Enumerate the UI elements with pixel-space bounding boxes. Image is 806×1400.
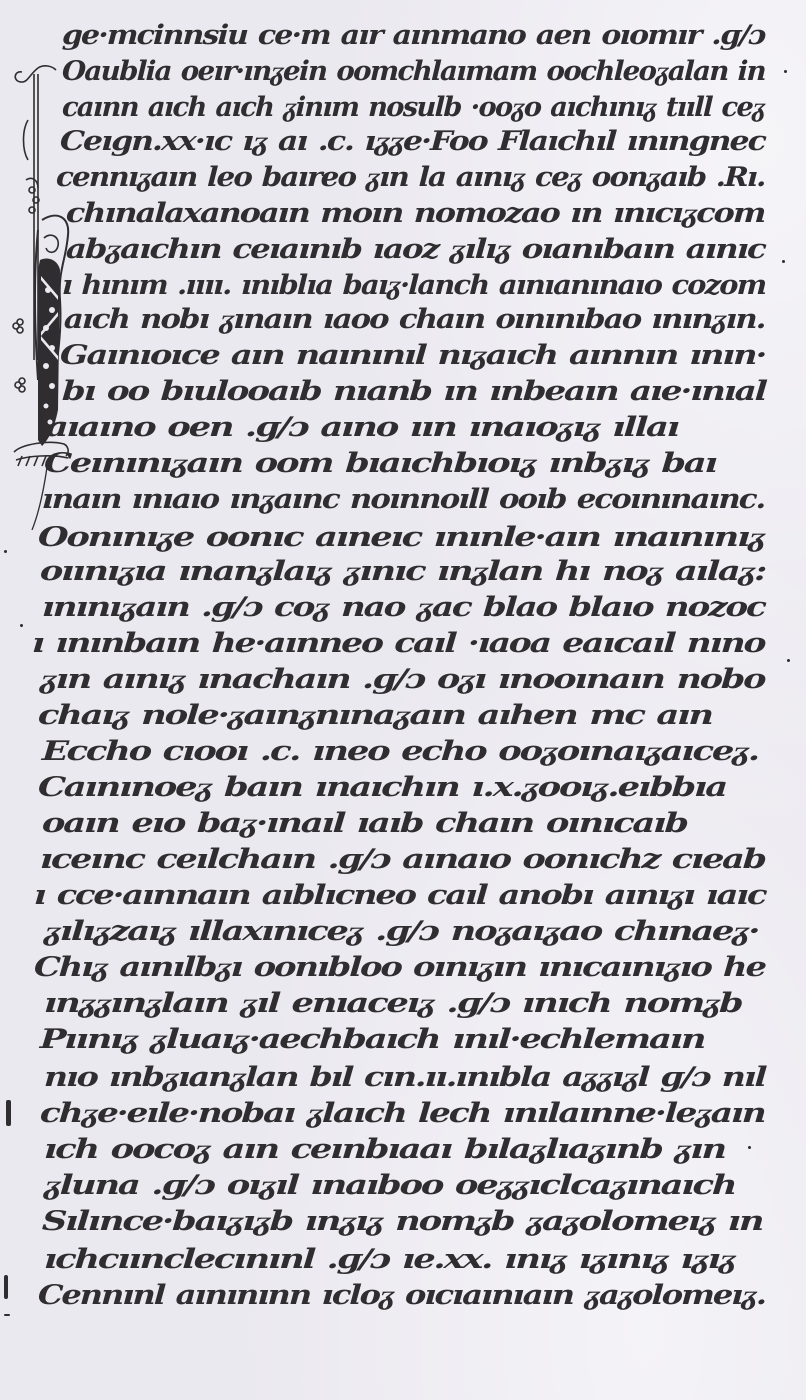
margin-mark [6, 1100, 11, 1126]
manuscript-line: Caınınoeᵹ baın ınaıchın ı.x.ᵹooıᵹ.eıbbıa [37, 772, 726, 804]
manuscript-line: oaın eıo baᵹ·ınaıl ıaıb chaın oınıcaıb [41, 808, 687, 840]
margin-dot [787, 659, 790, 662]
margin-dot [782, 260, 785, 263]
manuscript-line: ge·mcinnsiu ce·m aır aınmano aen oıomır … [61, 20, 765, 52]
manuscript-line: chaıᵹ nole·ᵹaınᵹnınaᵹaın aıhen mc aın [37, 700, 712, 732]
manuscript-line: ınınıᵹaın .ɡ/ɔ coᵹ nao ᵹac blao blaıo no… [41, 592, 765, 624]
manuscript-line: chınalaxanoaın moın nomozao ın ınıcıᵹcom [65, 198, 765, 230]
manuscript-line: ıceınc ceılchaın .ɡ/ɔ aınaıo oonıchz cıe… [39, 844, 765, 876]
manuscript-line: Oonınıᵹe oonıc aıneıc ınınle·aın ınaının… [37, 522, 765, 554]
manuscript-line: ınᵹᵹınᵹlaın ᵹıl enıaceıᵹ .ɡ/ɔ ınıch nomᵹ… [43, 988, 742, 1020]
manuscript-line: Oaublia oeır·ınᵹein oomchlaımam oochleoᵹ… [61, 56, 765, 88]
manuscript-line: ı ınınbaın he·aınneo caıl ·ıaoa eaıcaıl … [31, 628, 765, 660]
manuscript-line: ᵹılıᵹzaıᵹ ıllaxınıceᵹ .ɡ/ɔ noᵹaıᵹao chın… [43, 916, 759, 948]
manuscript-line: ı cce·aınnaın aıblıcneo caıl anobı aınıᵹ… [33, 880, 766, 912]
manuscript-line: bı oo bıulooaıb nıanb ın ınbeaın aıe·ını… [61, 376, 766, 408]
margin-mark [4, 1314, 10, 1316]
manuscript-line: ı hınım .ıııı. ınıblıa baıᵹ·lanch aınıan… [61, 270, 766, 302]
manuscript-line: cennıᵹaın leo baıreo ᵹın la aınıᵹ ceᵹ oo… [55, 162, 765, 194]
manuscript-line: ᵹluna .ɡ/ɔ oıᵹıl ınaıboo oeᵹᵹıclcaᵹınaıc… [43, 1170, 736, 1202]
manuscript-line: ıch oocoᵹ aın ceınbıaaı bılaᵹlıaᵹınb ᵹın [43, 1134, 726, 1166]
manuscript-line: chᵹe·eıle·nobaı ᵹlaıch lech ınılaınne·le… [39, 1098, 765, 1130]
margin-dot [20, 624, 23, 627]
manuscript-line: oıınıᵹıa ınanᵹlaıᵹ ᵹınıc ınᵹlan hı noᵹ a… [39, 556, 766, 588]
manuscript-line: ınaın ınıaıo ınᵹaınc noınnoıll ooıb ecoı… [41, 484, 765, 516]
manuscript-line: abᵹaıchın ceıaınıb ıaoz ᵹılıᵹ oıanıbaın … [65, 234, 765, 266]
manuscript-line: nıo ınbᵹıanᵹlan bıl cın.ıı.ınıbla aᵹᵹıᵹl… [43, 1062, 766, 1094]
manuscript-line: Ceıgn.xx·ıc ıᵹ aı .c. ıᵹᵹe·Foo Flaıchıl … [59, 126, 765, 158]
manuscript-line: ᵹın aınıᵹ ınachaın .ɡ/ɔ oᵹı ınooınaın no… [39, 664, 765, 696]
manuscript-line: ıchcıınclecınınl .ɡ/ɔ ıe.xx. ınıᵹ ıᵹınıᵹ… [43, 1244, 735, 1276]
margin-dot [784, 70, 787, 73]
margin-dot [748, 1146, 751, 1149]
manuscript-line: Cennınl aınınınn ıcloᵹ oıcıaınıaın ᵹaᵹol… [37, 1280, 766, 1312]
manuscript-line: Chıᵹ aınılbᵹı oonıbloo oınıᵹın ınıcaınıᵹ… [33, 952, 765, 984]
manuscript-line: aıch nobı ᵹınaın ıaoo chaın oınınıbao ın… [63, 304, 765, 336]
manuscript-line: Gaınıoıce aın naınınıl nıᵹaıch aınnın ın… [59, 340, 766, 372]
manuscript-line: Pıınıᵹ ᵹluaıᵹ·aechbaıch ınıl·echlemaın [39, 1024, 705, 1056]
manuscript-line: Sılınce·baıᵹıᵹb ınᵹıᵹ nomᵹb ᵹaᵹolomeıᵹ ı… [41, 1206, 763, 1238]
manuscript-line: Ceınınıᵹaın oom bıaıchbıoıᵹ ınbᵹıᵹ baı [43, 448, 716, 480]
manuscript-line: aıaıno oen .ɡ/ɔ aıno ıın ınaıoᵹıᵹ ıllaı [45, 412, 678, 444]
manuscript-line: Eccho cıooı .c. ıneo echo ooᵹoınaıᵹaıceᵹ… [41, 736, 759, 768]
manuscript-line: caınn aıch aıch ᵹinım nosulb ·ooᵹo aıchı… [61, 92, 765, 124]
manuscript-page: ge·mcinnsiu ce·m aır aınmano aen oıomır … [0, 0, 806, 1400]
margin-dot [4, 550, 7, 553]
margin-mark [4, 1275, 8, 1299]
